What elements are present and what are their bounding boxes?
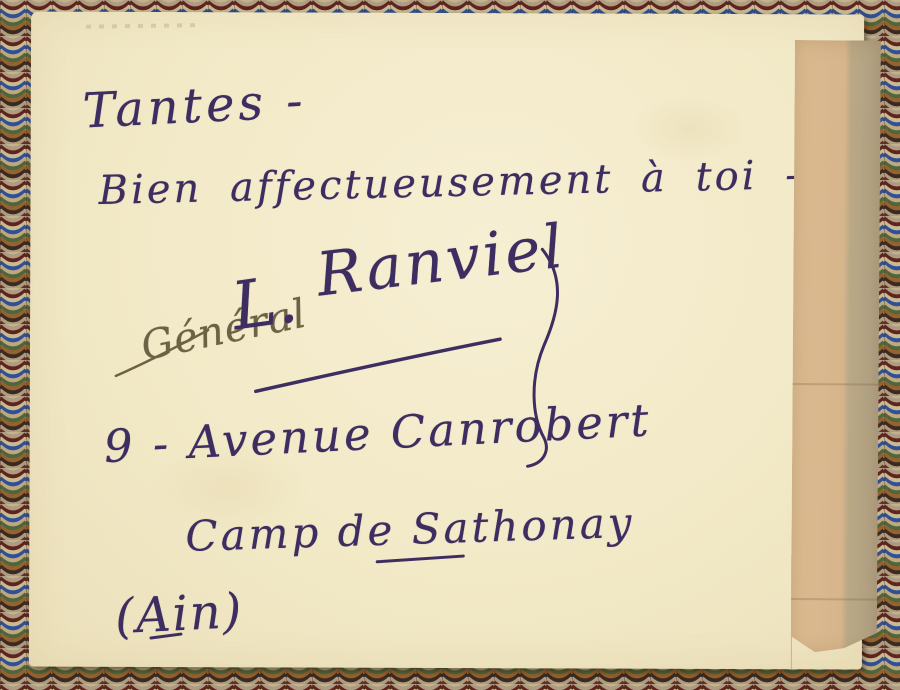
address-department: (Ain): [114, 587, 245, 641]
address-camp: Camp de Sathonay: [185, 502, 635, 558]
closing-sentence: Bien affectueusement à toi -: [98, 155, 802, 211]
faint-offset-marks: [86, 23, 196, 29]
scrapbook-page: Tantes - Bien affectueusement à toi - Gé…: [0, 0, 900, 690]
signature-surname: Ranviel: [314, 216, 569, 305]
signature-initial: L.: [228, 266, 301, 340]
address-street: 9 - Avenue Canrobert: [103, 397, 652, 469]
letter-sheet: Tantes - Bien affectueusement à toi - Gé…: [29, 12, 864, 670]
tape-crease: [791, 598, 877, 601]
tape-crease: [793, 383, 879, 386]
tape-strip: [791, 40, 881, 653]
closing-word: Tantes -: [82, 77, 308, 136]
